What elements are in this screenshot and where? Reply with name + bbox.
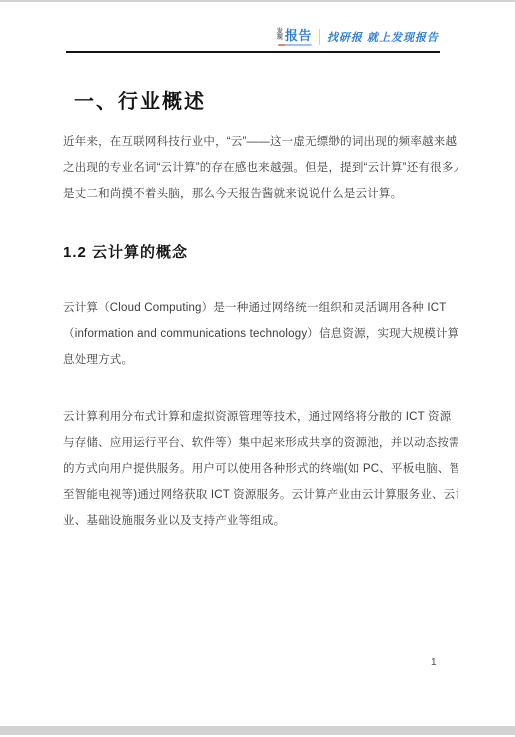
paragraph-line: 之出现的专业名词“云计算”的存在感也来越强。但是，提到“云计算”还有很多人都 [63,155,458,181]
header-brand: 发 现 报告 找研报 就上发现报告 [277,26,439,48]
brand-logo-row: 发 现 报告 [277,29,312,42]
paragraph-line: （information and communications technolo… [63,321,458,347]
brand-slogan: 找研报 就上发现报告 [327,29,439,45]
header-rule [66,51,440,53]
document-page: 发 现 报告 找研报 就上发现报告 一、行业概述 近年来，在互联网科技行业中，“… [0,0,515,737]
paragraph-line: 息处理方式。 [63,347,458,373]
paragraph-line: 是丈二和尚摸不着头脑，那么今天报告酱就来说说什么是云计算。 [63,181,458,207]
logo-subtext-bar [278,44,312,46]
page-number: 1 [431,657,437,668]
definition-paragraph: 云计算（Cloud Computing）是一种通过网络统一组织和灵活调用各种 I… [63,295,458,373]
paragraph-line: 的方式向用户提供服务。用户可以使用各种形式的终端(如 PC、平板电脑、智能手机甚 [63,456,458,482]
header-divider [319,29,320,45]
paragraph-line: 业、基础设施服务业以及支持产业等组成。 [63,508,458,534]
page-edge-bottom [0,726,515,735]
page-edge-top [0,0,515,2]
detail-paragraph: 云计算利用分布式计算和虚拟资源管理等技术，通过网络将分散的 ICT 资源（包括计… [63,404,458,534]
intro-paragraph: 近年来，在互联网科技行业中，“云”——这一虚无缥缈的词出现的频率越来越高，随 之… [63,129,458,207]
subsection-heading: 1.2 云计算的概念 [63,241,188,262]
logo-stack-bottom: 现 [277,35,283,41]
paragraph-line: 至智能电视等)通过网络获取 ICT 资源服务。云计算产业由云计算服务业、云计算制… [63,482,458,508]
paragraph-line: 与存储、应用运行平台、软件等）集中起来形成共享的资源池，并以动态按需和可度量 [63,430,458,456]
paragraph-line: 近年来，在互联网科技行业中，“云”——这一虚无缥缈的词出现的频率越来越高，随 [63,129,458,155]
logo-stacked-chars: 发 现 [277,29,283,41]
brand-logo: 发 现 报告 [277,29,312,46]
paragraph-line: 云计算利用分布式计算和虚拟资源管理等技术，通过网络将分散的 ICT 资源（包括计… [63,404,458,430]
paragraph-line: 云计算（Cloud Computing）是一种通过网络统一组织和灵活调用各种 I… [63,295,458,321]
logo-wordmark: 报告 [285,29,312,42]
section-heading: 一、行业概述 [74,85,206,114]
